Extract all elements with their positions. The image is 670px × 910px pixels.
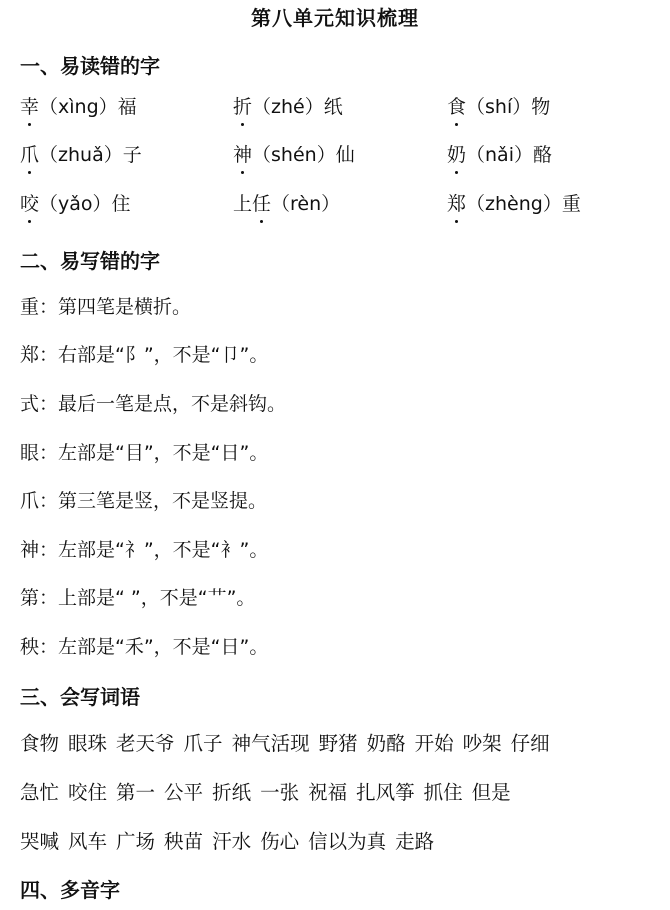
vocab-word: 抓住: [424, 781, 463, 804]
pronunciation-item: 折（zhé）纸: [233, 92, 343, 119]
pinyin: （zhé）: [252, 96, 324, 118]
dotted-char: 幸: [20, 92, 39, 119]
dotted-char: 任: [252, 189, 271, 216]
word-suffix: 仙: [336, 144, 355, 166]
vocab-word: 汗水: [212, 830, 251, 853]
rule-line: 秧：左部是“禾”，不是“日”。: [20, 632, 268, 659]
vocab-word: 开始: [415, 732, 454, 755]
word-suffix: 重: [562, 193, 581, 215]
rule-line: 爪：第三笔是竖，不是竖提。: [20, 486, 267, 513]
vocab-word: 眼珠: [68, 732, 107, 755]
rule-line: 式：最后一笔是点，不是斜钩。: [20, 389, 286, 416]
vocab-word: 爪子: [184, 732, 223, 755]
vocab-word: 急忙: [20, 781, 59, 804]
vocab-word: 扎风筝: [356, 781, 415, 804]
pinyin: （shí）: [466, 96, 531, 118]
vocab-word: 奶酪: [367, 732, 406, 755]
pronunciation-item: 上任（rèn）: [233, 189, 340, 216]
pinyin: （rèn）: [271, 193, 340, 215]
vocab-row: 哭喊风车广场秧苗汗水伤心信以为真走路: [20, 826, 443, 854]
vocab-word: 哭喊: [20, 830, 59, 853]
vocab-word: 神气活现: [232, 732, 310, 755]
vocab-word: 折纸: [212, 781, 251, 804]
vocab-word: 秧苗: [164, 830, 203, 853]
dotted-char: 食: [447, 92, 466, 119]
rule-line: 神：左部是“礻”，不是“衤”。: [20, 535, 268, 562]
pronunciation-item: 咬（yǎo）住: [20, 189, 131, 216]
vocab-word: 伤心: [260, 830, 299, 853]
dotted-char: 咬: [20, 189, 39, 216]
pinyin: （yǎo）: [39, 193, 112, 215]
vocab-word: 野猪: [319, 732, 358, 755]
section-heading-polyphones: 四、多音字: [20, 874, 120, 903]
section-heading-miswritten: 二、易写错的字: [20, 245, 160, 274]
pinyin: （zhuǎ）: [39, 144, 123, 166]
vocab-word: 走路: [395, 830, 434, 853]
pinyin: （xìng）: [39, 96, 118, 118]
word-suffix: 物: [531, 96, 550, 118]
vocab-word: 信以为真: [308, 830, 386, 853]
vocab-row: 急忙咬住第一公平折纸一张祝福扎风筝抓住但是: [20, 777, 520, 805]
vocab-word: 风车: [68, 830, 107, 853]
word-suffix: 纸: [324, 96, 343, 118]
word-suffix: 福: [118, 96, 137, 118]
rule-line: 重：第四笔是横折。: [20, 292, 191, 319]
vocab-word: 仔细: [511, 732, 550, 755]
dotted-char: 神: [233, 140, 252, 167]
pronunciation-item: 奶（nǎi）酪: [447, 140, 552, 167]
rule-line: 郑：右部是“阝”，不是“卩”。: [20, 340, 268, 367]
vocab-word: 吵架: [463, 732, 502, 755]
rule-line: 眼：左部是“目”，不是“日”。: [20, 438, 268, 465]
word-prefix: 上: [233, 193, 252, 215]
vocab-word: 祝福: [308, 781, 347, 804]
dotted-char: 爪: [20, 140, 39, 167]
word-suffix: 酪: [533, 144, 552, 166]
pronunciation-item: 爪（zhuǎ）子: [20, 140, 142, 167]
section-heading-vocabulary: 三、会写词语: [20, 681, 140, 710]
rule-line: 第：上部是“ ”，不是“艹”。: [20, 583, 255, 610]
word-suffix: 住: [112, 193, 131, 215]
pronunciation-item: 神（shén）仙: [233, 140, 355, 167]
pinyin: （nǎi）: [466, 144, 533, 166]
vocab-word: 第一: [116, 781, 155, 804]
pinyin: （zhèng）: [466, 193, 562, 215]
pronunciation-item: 幸（xìng）福: [20, 92, 137, 119]
word-suffix: 子: [123, 144, 142, 166]
vocab-word: 但是: [472, 781, 511, 804]
vocab-word: 老天爷: [116, 732, 175, 755]
vocab-row: 食物眼珠老天爷爪子神气活现野猪奶酪开始吵架仔细: [20, 728, 559, 756]
section-heading-misread: 一、易读错的字: [20, 50, 160, 79]
pronunciation-item: 郑（zhèng）重: [447, 189, 581, 216]
vocab-word: 一张: [260, 781, 299, 804]
vocab-word: 食物: [20, 732, 59, 755]
vocab-word: 广场: [116, 830, 155, 853]
dotted-char: 折: [233, 92, 252, 119]
pinyin: （shén）: [252, 144, 336, 166]
pronunciation-item: 食（shí）物: [447, 92, 550, 119]
page-title: 第八单元知识梳理: [0, 2, 670, 31]
vocab-word: 公平: [164, 781, 203, 804]
dotted-char: 奶: [447, 140, 466, 167]
vocab-word: 咬住: [68, 781, 107, 804]
dotted-char: 郑: [447, 189, 466, 216]
